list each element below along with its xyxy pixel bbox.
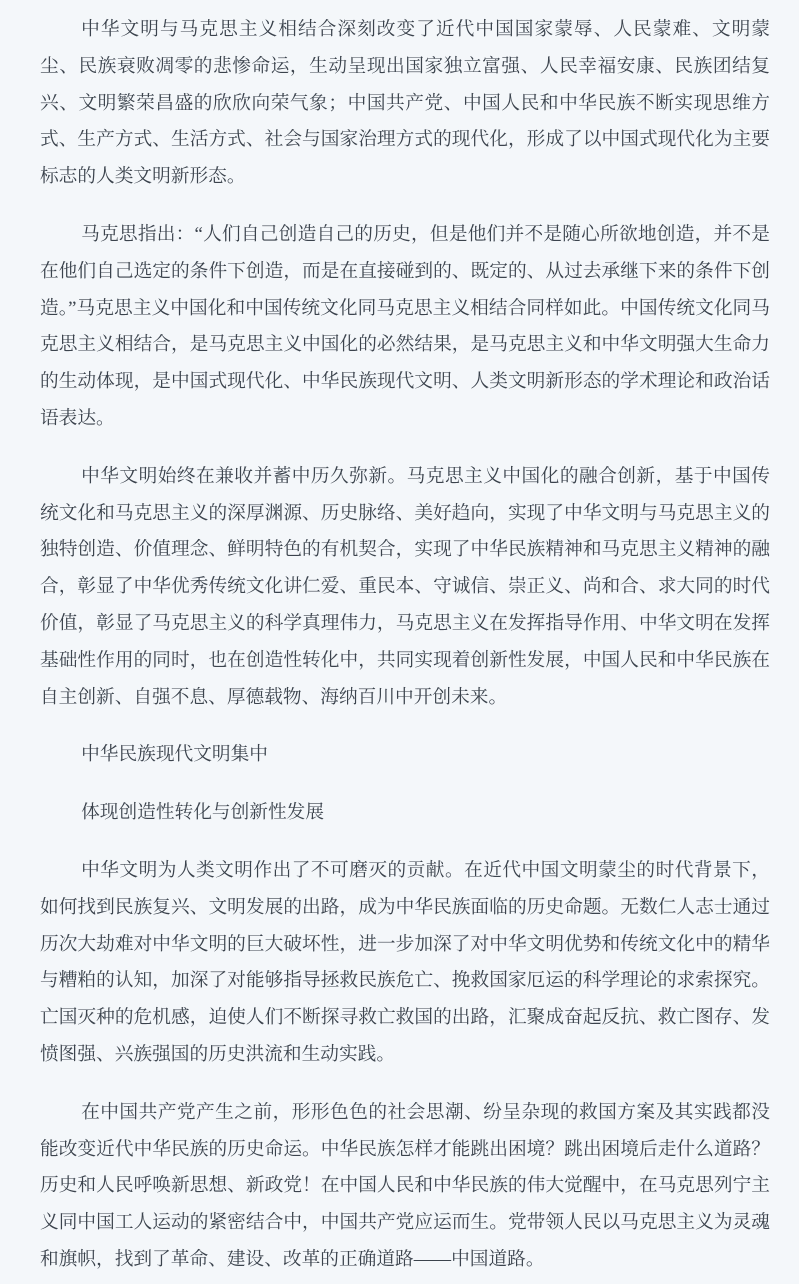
article-paragraph: 在中国共产党产生之前，形形色色的社会思潮、纷呈杂现的救国方案及其实践都没能改变近… <box>40 1095 770 1279</box>
section-heading: 中华民族现代文明集中 <box>40 737 770 774</box>
section-heading: 体现创造性转化与创新性发展 <box>40 795 770 832</box>
article-paragraph: 中华文明与马克思主义相结合深刻改变了近代中国国家蒙辱、人民蒙难、文明蒙尘、民族衰… <box>40 12 770 196</box>
document-page: 中华文明与马克思主义相结合深刻改变了近代中国国家蒙辱、人民蒙难、文明蒙尘、民族衰… <box>0 0 799 1284</box>
article-paragraph: 中华文明为人类文明作出了不可磨灭的贡献。在近代中国文明蒙尘的时代背景下，如何找到… <box>40 853 770 1074</box>
article-body: 中华文明与马克思主义相结合深刻改变了近代中国国家蒙辱、人民蒙难、文明蒙尘、民族衰… <box>40 12 770 1279</box>
article-paragraph: 马克思指出：“人们自己创造自己的历史，但是他们并不是随心所欲地创造，并不是在他们… <box>40 217 770 438</box>
article-paragraph: 中华文明始终在兼收并蓄中历久弥新。马克思主义中国化的融合创新，基于中国传统文化和… <box>40 459 770 717</box>
